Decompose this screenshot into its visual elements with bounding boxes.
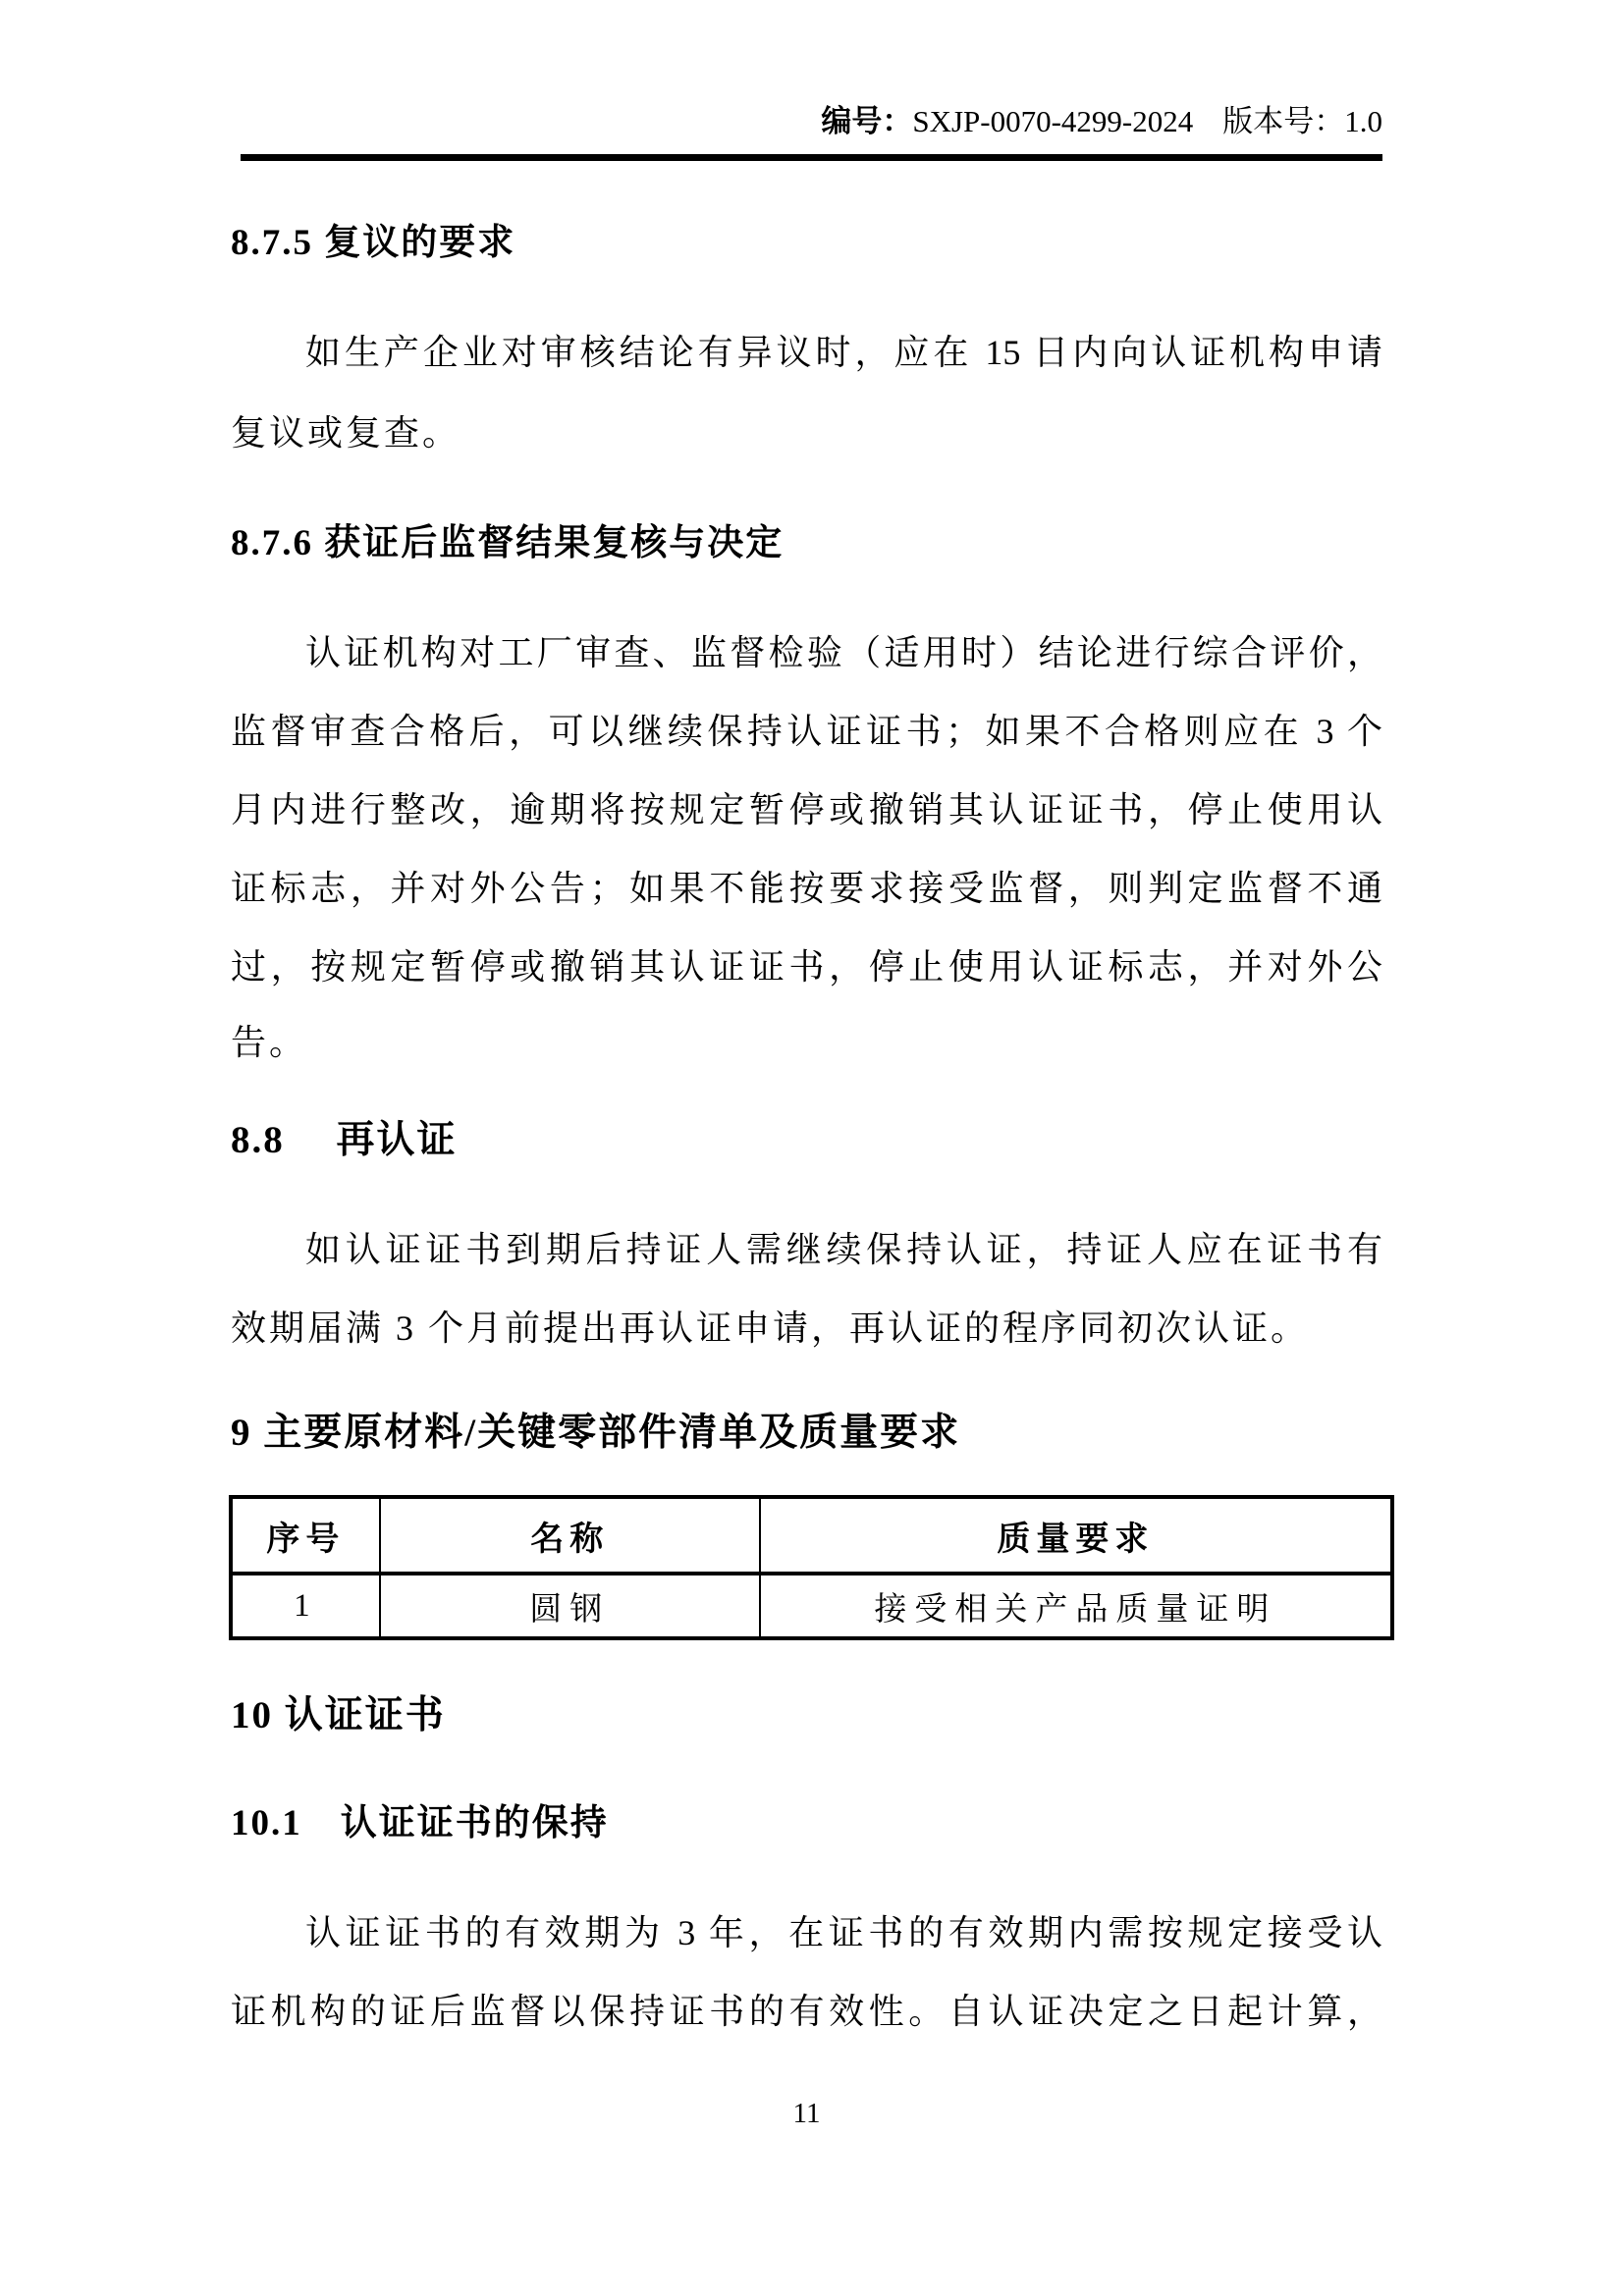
heading-8-8: 8.8 再认证 <box>231 1117 1394 1164</box>
paragraph-line: 认证机构对工厂审查、监督检验（适用时）结论进行综合评价， <box>231 630 1382 675</box>
paragraph-line: 监督审查合格后，可以继续保持认证证书；如果不合格则应在 3 个 <box>231 709 1382 754</box>
paragraph-line: 如生产企业对审核结论有异议时，应在 15 日内向认证机构申请 <box>231 330 1382 375</box>
paragraph-line: 月内进行整改，逾期将按规定暂停或撤销其认证证书，停止使用认 <box>231 787 1382 832</box>
table-row: 1 圆钢 接受相关产品质量证明 <box>231 1574 1392 1638</box>
version-value: 1.0 <box>1344 104 1382 138</box>
table-header-cell: 序号 <box>231 1497 380 1574</box>
heading-8-7-5: 8.7.5 复议的要求 <box>231 220 1394 267</box>
paragraph-line: 证机构的证后监督以保持证书的有效性。自认证决定之日起计算， <box>231 1989 1382 2034</box>
heading-8-7-6: 8.7.6 获证后监督结果复核与决定 <box>231 520 1394 567</box>
heading-10-1: 10.1 认证证书的保持 <box>231 1800 1394 1847</box>
paragraph-line: 证标志，并对外公告；如果不能按要求接受监督，则判定监督不通 <box>231 866 1382 911</box>
page-number: 11 <box>231 2097 1382 2130</box>
version-label: 版本号： <box>1222 104 1344 138</box>
header-divider-rule <box>241 154 1382 161</box>
table-cell: 接受相关产品质量证明 <box>760 1574 1392 1638</box>
doc-number-value: SXJP-0070-4299-2024 <box>912 104 1193 138</box>
table-header-cell: 质量要求 <box>760 1497 1392 1574</box>
paragraph-line: 效期届满 3 个月前提出再认证申请，再认证的程序同初次认证。 <box>231 1306 1382 1351</box>
heading-9: 9 主要原材料/关键零部件清单及质量要求 <box>231 1410 1394 1457</box>
table-header-row: 序号 名称 质量要求 <box>231 1497 1392 1574</box>
table-cell: 1 <box>231 1574 380 1638</box>
paragraph-line: 复议或复查。 <box>231 410 1382 455</box>
materials-table: 序号 名称 质量要求 1 圆钢 接受相关产品质量证明 <box>229 1495 1394 1640</box>
document-header: 编号：SXJP-0070-4299-2024版本号：1.0 <box>241 102 1382 141</box>
paragraph-line: 告。 <box>231 1020 1382 1065</box>
paragraph-line: 过，按规定暂停或撤销其认证证书，停止使用认证标志，并对外公 <box>231 944 1382 989</box>
paragraph-line: 认证证书的有效期为 3 年，在证书的有效期内需按规定接受认 <box>231 1910 1382 1955</box>
paragraph-line: 如认证证书到期后持证人需继续保持认证，持证人应在证书有 <box>231 1227 1382 1272</box>
doc-number-label: 编号： <box>821 104 912 138</box>
table-cell: 圆钢 <box>380 1574 760 1638</box>
document-page: 编号：SXJP-0070-4299-2024版本号：1.0 8.7.5 复议的要… <box>0 0 1624 2296</box>
table-header-cell: 名称 <box>380 1497 760 1574</box>
heading-10: 10 认证证书 <box>231 1692 1394 1739</box>
